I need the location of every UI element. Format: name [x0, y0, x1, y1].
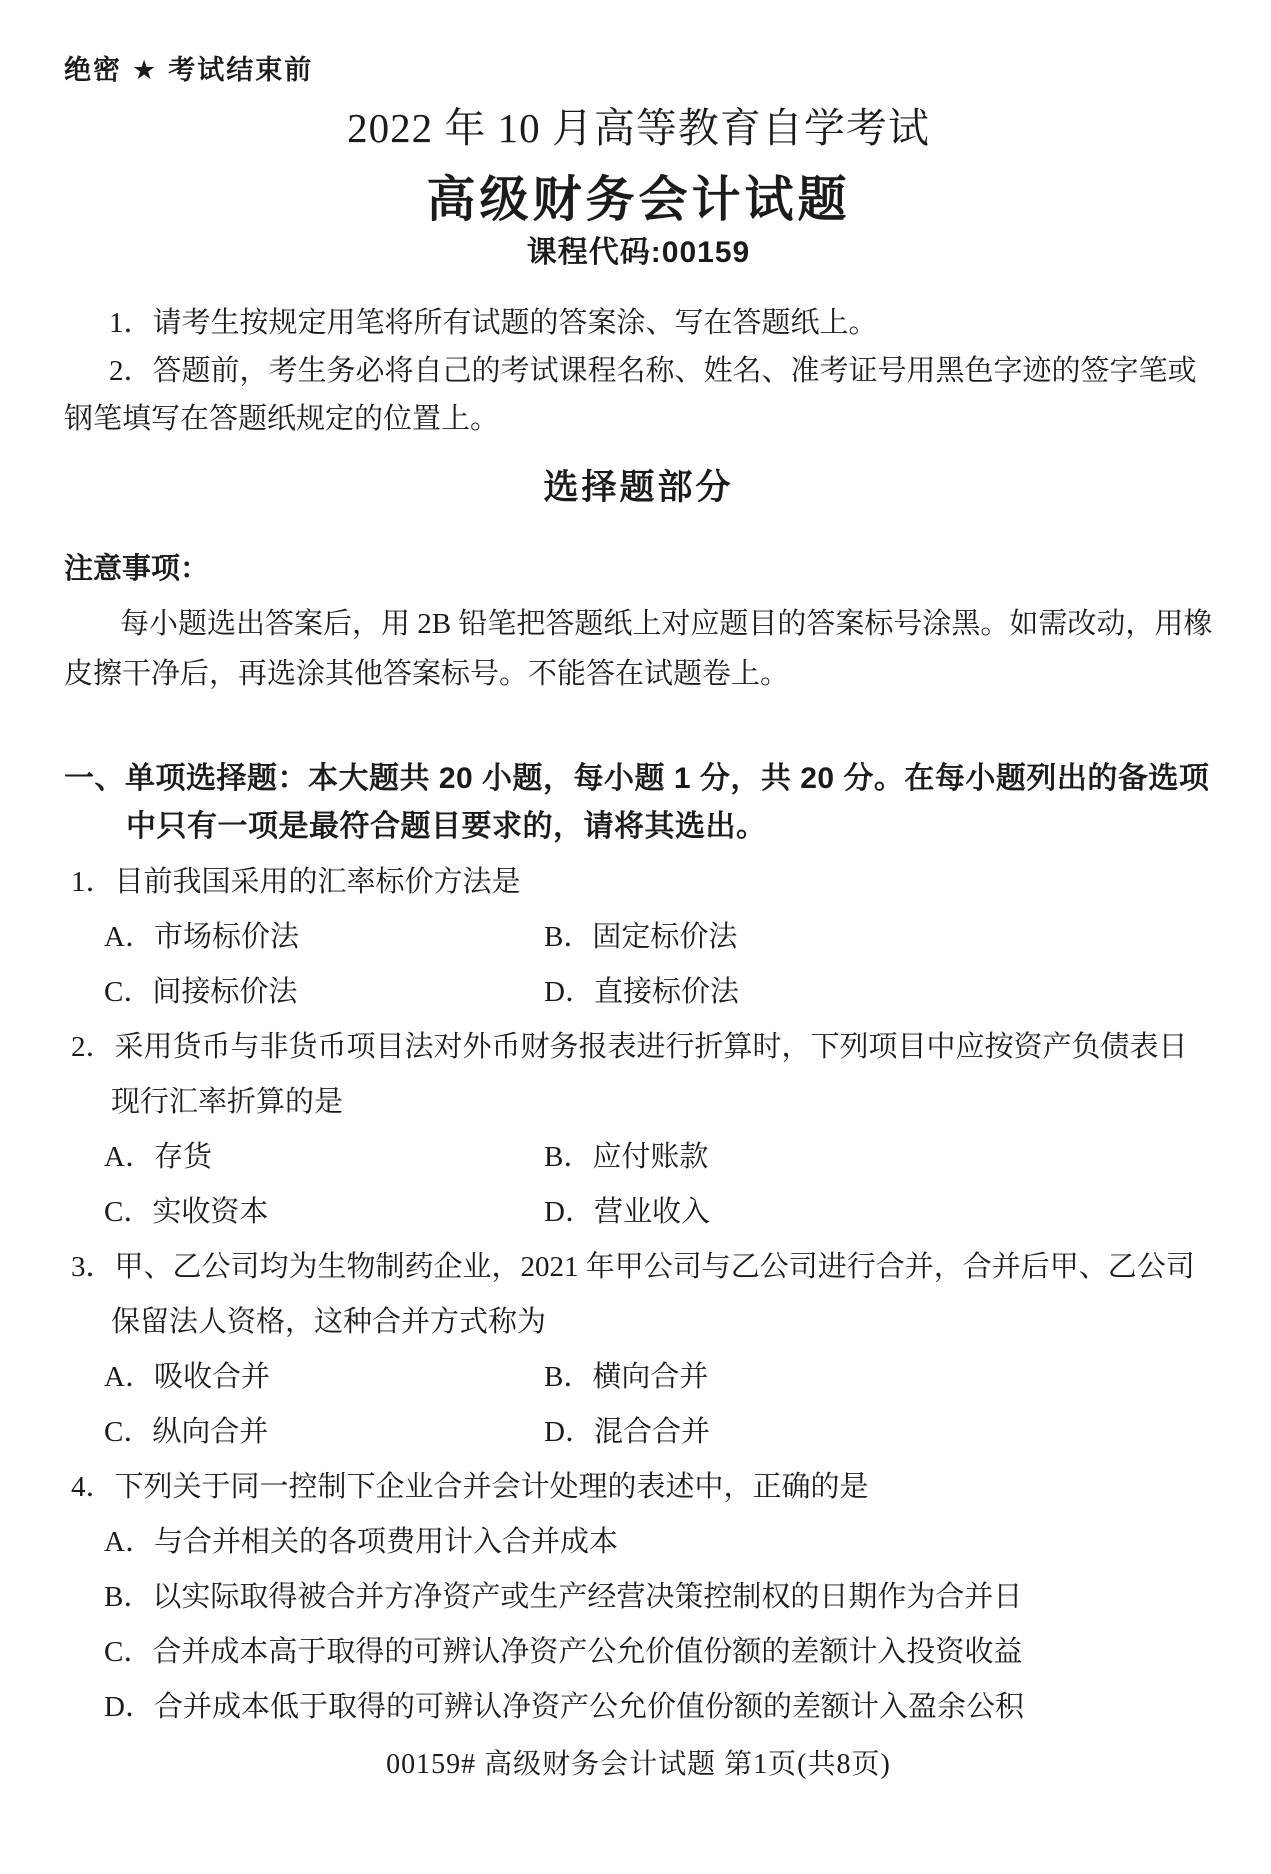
notice-label: 注意事项： [64, 549, 1213, 589]
question-number: 1． [71, 866, 115, 898]
option-a: A．与合并相关的各项费用计入合并成本 [104, 1515, 1213, 1570]
exam-subject-title: 高级财务会计试题 [64, 171, 1213, 229]
option-a: A．市场标价法 [104, 910, 544, 965]
question-stem: 4．下列关于同一控制下企业合并会计处理的表述中，正确的是 [64, 1460, 1213, 1515]
option-b: B．横向合并 [544, 1350, 1213, 1405]
question-3: 3．甲、乙公司均为生物制药企业，2021 年甲公司与乙公司进行合并，合并后甲、乙… [64, 1240, 1213, 1460]
option-b: B．固定标价法 [544, 910, 1213, 965]
option-c: C．合并成本高于取得的可辨认净资产公允价值份额的差额计入投资收益 [104, 1625, 1213, 1680]
option-list: A．与合并相关的各项费用计入合并成本 B．以实际取得被合并方净资产或生产经营决策… [64, 1515, 1213, 1735]
question-stem: 2．采用货币与非货币项目法对外币财务报表进行折算时，下列项目中应按资产负债表日现… [64, 1020, 1213, 1130]
section-title: 选择题部分 [64, 465, 1213, 511]
question-stem: 1．目前我国采用的汇率标价方法是 [64, 855, 1213, 910]
option-grid: A．存货 B．应付账款 C．实收资本 D．营业收入 [64, 1130, 1213, 1240]
part1-heading: 一、单项选择题：本大题共 20 小题，每小题 1 分，共 20 分。在每小题列出… [64, 755, 1213, 851]
option-d: D．直接标价法 [544, 965, 1213, 1020]
option-c: C．间接标价法 [104, 965, 544, 1020]
option-grid: A．市场标价法 B．固定标价法 C．间接标价法 D．直接标价法 [64, 910, 1213, 1020]
option-a: A．存货 [104, 1130, 544, 1185]
option-grid: A．吸收合并 B．横向合并 C．纵向合并 D．混合合并 [64, 1350, 1213, 1460]
option-a: A．吸收合并 [104, 1350, 544, 1405]
instruction-item-2: 2．答题前，考生务必将自己的考试课程名称、姓名、准考证号用黑色字迹的签字笔或钢笔… [64, 347, 1213, 443]
question-number: 2． [71, 1031, 115, 1063]
question-text: 下列关于同一控制下企业合并会计处理的表述中，正确的是 [115, 1471, 869, 1503]
star-icon: ★ [122, 55, 168, 85]
question-4: 4．下列关于同一控制下企业合并会计处理的表述中，正确的是 A．与合并相关的各项费… [64, 1460, 1213, 1735]
option-d: D．营业收入 [544, 1185, 1213, 1240]
course-code: 课程代码:00159 [64, 233, 1213, 273]
question-text: 目前我国采用的汇率标价方法是 [115, 866, 521, 898]
option-d: D．合并成本低于取得的可辨认净资产公允价值份额的差额计入盈余公积 [104, 1680, 1213, 1735]
general-instructions: 1．请考生按规定用笔将所有试题的答案涂、写在答题纸上。 2．答题前，考生务必将自… [64, 299, 1213, 443]
option-c: C．实收资本 [104, 1185, 544, 1240]
instruction-item-1: 1．请考生按规定用笔将所有试题的答案涂、写在答题纸上。 [64, 299, 1213, 347]
question-list: 1．目前我国采用的汇率标价方法是 A．市场标价法 B．固定标价法 C．间接标价法… [64, 855, 1213, 1735]
option-b: B．应付账款 [544, 1130, 1213, 1185]
exam-paper-page: 绝密★考试结束前 2022 年 10 月高等教育自学考试 高级财务会计试题 课程… [0, 0, 1271, 1874]
question-1: 1．目前我国采用的汇率标价方法是 A．市场标价法 B．固定标价法 C．间接标价法… [64, 855, 1213, 1020]
question-number: 3． [71, 1251, 115, 1283]
option-d: D．混合合并 [544, 1405, 1213, 1460]
exam-session-title: 2022 年 10 月高等教育自学考试 [64, 103, 1213, 153]
secrecy-label: 绝密 [64, 55, 122, 85]
question-text: 甲、乙公司均为生物制药企业，2021 年甲公司与乙公司进行合并，合并后甲、乙公司… [111, 1251, 1195, 1338]
page-footer: 00159# 高级财务会计试题 第1页(共8页) [64, 1745, 1213, 1785]
question-text: 采用货币与非货币项目法对外币财务报表进行折算时，下列项目中应按资产负债表日现行汇… [111, 1031, 1188, 1118]
option-b: B．以实际取得被合并方净资产或生产经营决策控制权的日期作为合并日 [104, 1570, 1213, 1625]
secrecy-banner: 绝密★考试结束前 [64, 48, 1213, 87]
notice-text: 每小题选出答案后，用 2B 铅笔把答题纸上对应题目的答案标号涂黑。如需改动，用橡… [64, 599, 1213, 699]
option-c: C．纵向合并 [104, 1405, 544, 1460]
secrecy-note: 考试结束前 [168, 55, 313, 85]
question-2: 2．采用货币与非货币项目法对外币财务报表进行折算时，下列项目中应按资产负债表日现… [64, 1020, 1213, 1240]
question-stem: 3．甲、乙公司均为生物制药企业，2021 年甲公司与乙公司进行合并，合并后甲、乙… [64, 1240, 1213, 1350]
question-number: 4． [71, 1471, 115, 1503]
